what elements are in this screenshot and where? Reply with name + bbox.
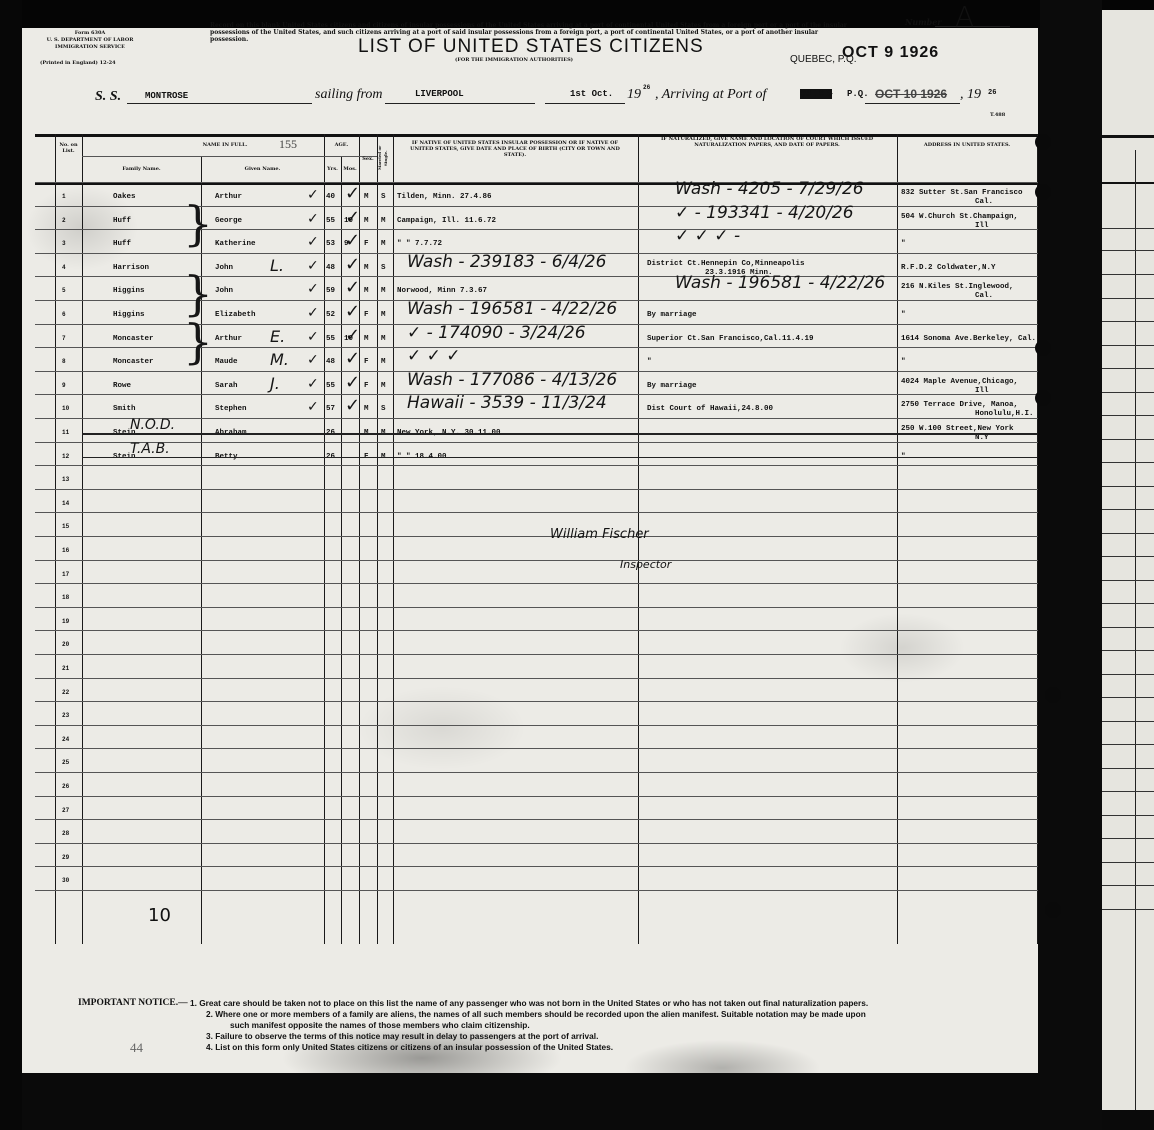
given-name: Maude — [215, 358, 238, 366]
document-subtitle: (FOR THE IMMIGRATION AUTHORITIES) — [455, 57, 573, 63]
family-name: Rowe — [113, 382, 131, 390]
age-years: 55 — [326, 382, 335, 390]
checkmark-icon: ✓ — [307, 187, 319, 203]
row-number: 4 — [62, 264, 66, 271]
punch-hole — [1045, 687, 1061, 703]
row-number: 1 — [62, 193, 66, 200]
sex: M — [364, 405, 369, 413]
given-name: Arthur — [215, 193, 242, 201]
notice-item-4: 4. List on this form only United States … — [206, 1042, 613, 1053]
given-name: John — [215, 287, 233, 295]
passenger-table: No. on List. NAME IN FULL. 155 Family Na… — [35, 134, 1038, 944]
header-sex: Sex. — [359, 156, 377, 162]
row-rule — [35, 489, 1038, 490]
checkmark-icon: ✓ — [345, 183, 360, 204]
family-note-handwritten: N.O.D. — [130, 417, 175, 433]
header-married-single: Married or Single. — [377, 138, 393, 178]
form-identifier: Form 630A U. S. DEPARTMENT OF LABOR IMMI… — [40, 30, 140, 51]
row-number: 10 — [62, 405, 69, 412]
marital-status: M — [381, 358, 386, 366]
row-number: 21 — [62, 665, 69, 672]
adjacent-row-rule — [1102, 368, 1154, 369]
given-name: George — [215, 217, 242, 225]
family-name: Moncaster — [113, 358, 154, 366]
sail-date-underline — [545, 103, 625, 104]
address-line-2: Cal. — [975, 198, 993, 206]
notice-item-3: 3. Failure to observe the terms of this … — [206, 1031, 598, 1042]
adjacent-row-rule — [1102, 509, 1154, 510]
column-rule — [324, 134, 325, 944]
adjacent-row-rule — [1102, 815, 1154, 816]
name-count: 155 — [279, 137, 297, 152]
row-number: 29 — [62, 854, 69, 861]
checkmark-icon: ✓ — [345, 348, 360, 369]
adjacent-row-rule — [1102, 627, 1154, 628]
sex: F — [364, 358, 369, 366]
row-rule — [35, 725, 1038, 726]
row-rule — [35, 560, 1038, 561]
header-age: AGE. — [324, 142, 359, 148]
strike-through-line — [82, 433, 1037, 435]
age-years: 48 — [326, 264, 335, 272]
row-number: 23 — [62, 712, 69, 719]
adjacent-page-column-rule — [1135, 150, 1136, 1110]
header-naturalization: IF NATURALIZED, GIVE NAME AND LOCATION O… — [647, 136, 887, 148]
row-number: 5 — [62, 287, 66, 294]
checkmark-icon: ✓ — [307, 305, 319, 321]
age-years: 53 — [326, 240, 335, 248]
naturalization-cert-handwritten: ✓ - 174090 - 3/24/26 — [407, 323, 586, 343]
address-line-1: 504 W.Church St.Champaign, — [901, 213, 1018, 221]
marital-status: M — [381, 382, 386, 390]
adjacent-row-rule — [1102, 321, 1154, 322]
row-number: 8 — [62, 358, 66, 365]
address-line-2: Honolulu,H.I. — [975, 410, 1034, 418]
adjacent-page-header-rule — [1102, 182, 1154, 184]
birth-info: Norwood, Minn 7.3.67 — [397, 287, 487, 295]
checkmark-icon: ✓ — [307, 399, 319, 415]
adjacent-row-rule — [1102, 603, 1154, 604]
year-prefix: 19 — [627, 87, 641, 103]
birth-info: " " 7.7.72 — [397, 240, 442, 248]
arrival-port-struck: QUEBEC — [800, 89, 832, 99]
given-name: Arthur — [215, 335, 242, 343]
adjacent-row-rule — [1102, 439, 1154, 440]
marital-status: S — [381, 193, 386, 201]
date-stamp: OCT 9 1926 — [842, 44, 939, 62]
family-name: Moncaster — [113, 335, 154, 343]
ss-label: S. S. — [95, 89, 121, 105]
given-name: John — [215, 264, 233, 272]
marital-status: M — [381, 311, 386, 319]
row-number: 17 — [62, 571, 69, 578]
age-months: 10 — [344, 217, 353, 225]
header-name-in-full: NAME IN FULL. — [155, 142, 295, 148]
naturalization-court: Dist Court of Hawaii,24.8.00 — [647, 405, 773, 413]
arrival-date-underline — [865, 103, 960, 104]
row-rule — [35, 748, 1038, 749]
sailing-from-label: sailing from — [315, 87, 383, 103]
printing-note: (Printed in England) 12-24 — [40, 60, 116, 66]
family-group-brace: } — [183, 328, 213, 375]
checkmark-icon: ✓ — [307, 258, 319, 274]
family-name: Huff — [113, 217, 131, 225]
strike-through-line — [82, 457, 1037, 459]
checkmark-icon: ✓ — [345, 372, 360, 393]
adjacent-page-header-rule — [1102, 135, 1154, 138]
family-name: Oakes — [113, 193, 136, 201]
row-rule — [35, 607, 1038, 608]
naturalization-court: By marriage — [647, 382, 697, 390]
checkmark-icon: ✓ — [307, 234, 319, 250]
given-name-initial-handwritten: L. — [270, 256, 284, 275]
row-number: 13 — [62, 476, 69, 483]
address-line-1: 2750 Terrace Drive, Manoa, — [901, 401, 1018, 409]
voyage-line: S. S. MONTROSE sailing from LIVERPOOL 1s… — [95, 79, 1045, 109]
address-line-1: 250 W.100 Street,New York — [901, 425, 1014, 433]
given-name-initial-handwritten: J. — [270, 374, 280, 393]
adjacent-row-rule — [1102, 909, 1154, 910]
header-birth-info: IF NATIVE OF UNITED STATES INSULAR POSSE… — [405, 140, 625, 158]
given-name-initial-handwritten: M. — [270, 350, 289, 369]
row-number: 25 — [62, 759, 69, 766]
department-name: U. S. DEPARTMENT OF LABOR — [40, 37, 140, 44]
adjacent-row-rule — [1102, 744, 1154, 745]
address-line-1: 1614 Sonoma Ave.Berkeley, Cal. — [901, 335, 1036, 343]
naturalization-court: District Ct.Hennepin Co,Minneapolis — [647, 260, 805, 268]
checkmark-icon: ✓ — [345, 277, 360, 298]
table-top-rule — [35, 134, 1038, 137]
row-number: 16 — [62, 547, 69, 554]
form-number: Form 630A — [40, 30, 140, 37]
adjacent-row-rule — [1102, 862, 1154, 863]
inspector-signature: William Fischer — [550, 527, 649, 542]
naturalization-court: " — [647, 358, 652, 366]
checkmark-icon: ✓ — [307, 211, 319, 227]
adjacent-row-rule — [1102, 838, 1154, 839]
adjacent-row-rule — [1102, 250, 1154, 251]
birth-info: Tilden, Minn. 27.4.86 — [397, 193, 492, 201]
naturalization-cert-handwritten: ✓ ✓ ✓ - — [675, 226, 740, 246]
checkmark-icon: ✓ — [345, 254, 360, 275]
departure-port: LIVERPOOL — [415, 89, 464, 99]
row-number: 15 — [62, 523, 69, 530]
row-rule — [35, 536, 1038, 537]
document-title: LIST OF UNITED STATES CITIZENS — [358, 36, 704, 58]
row-rule — [35, 678, 1038, 679]
checkmark-icon: ✓ — [307, 281, 319, 297]
family-name: Higgins — [113, 311, 145, 319]
age-years: 59 — [326, 287, 335, 295]
age-years: 57 — [326, 405, 335, 413]
address-line-2: Ill — [975, 222, 989, 230]
punch-hole — [1035, 134, 1051, 150]
age-years: 55 — [326, 217, 335, 225]
age-months: 10 — [344, 335, 353, 343]
address-line-1: 216 N.Kiles St.Inglewood, — [901, 283, 1014, 291]
adjacent-row-rule — [1102, 415, 1154, 416]
naturalization-cert-handwritten: Wash - 177086 - 4/13/26 — [407, 370, 617, 390]
age-years: 40 — [326, 193, 335, 201]
adjacent-row-rule — [1102, 697, 1154, 698]
header-line-no: No. on List. — [55, 142, 82, 154]
adjacent-row-rule — [1102, 392, 1154, 393]
naturalization-court: Superior Ct.San Francisco,Cal.11.4.19 — [647, 335, 814, 343]
naturalization-cert-handwritten: Wash - 196581 - 4/22/26 — [675, 273, 885, 293]
column-rule — [55, 134, 56, 944]
handstamp-code: T.488 — [990, 112, 1005, 118]
naturalization-cert-handwritten: ✓ - 193341 - 4/20/26 — [675, 203, 854, 223]
column-rule — [377, 134, 378, 944]
age-years: 52 — [326, 311, 335, 319]
row-rule — [35, 890, 1038, 891]
ship-name: MONTROSE — [145, 91, 188, 101]
row-rule — [35, 701, 1038, 702]
column-rule — [341, 156, 342, 944]
address-line-2: N.Y — [975, 434, 989, 442]
scan-gutter — [1040, 0, 1102, 1130]
adjacent-row-rule — [1102, 556, 1154, 557]
arriving-label: , Arriving at Port of — [655, 87, 766, 103]
header-family-name: Family Name. — [82, 166, 201, 172]
row-number: 19 — [62, 618, 69, 625]
sex: F — [364, 382, 369, 390]
adjacent-row-rule — [1102, 228, 1154, 229]
given-name-initial-handwritten: E. — [270, 327, 285, 346]
naturalization-cert-handwritten: Wash - 196581 - 4/22/26 — [407, 299, 617, 319]
row-rule — [35, 583, 1038, 584]
column-rule — [1037, 134, 1038, 944]
sail-date: 1st Oct. — [570, 89, 613, 99]
punch-hole — [1035, 390, 1051, 406]
sex: F — [364, 240, 369, 248]
ship-underline — [127, 103, 312, 104]
marital-status: S — [381, 405, 386, 413]
row-number: 9 — [62, 382, 66, 389]
marital-status: M — [381, 240, 386, 248]
given-name: Stephen — [215, 405, 247, 413]
column-rule — [393, 134, 394, 944]
row-rule — [35, 796, 1038, 797]
given-name: Sarah — [215, 382, 238, 390]
marital-status: M — [381, 217, 386, 225]
birth-info: Campaign, Ill. 11.6.72 — [397, 217, 496, 225]
checkmark-icon: ✓ — [307, 352, 319, 368]
adjacent-row-rule — [1102, 721, 1154, 722]
header-address: ADDRESS IN UNITED STATES. — [897, 142, 1037, 148]
adjacent-row-rule — [1102, 345, 1154, 346]
tally-mark: 10 — [148, 905, 171, 926]
family-note-handwritten: T.A.B. — [130, 441, 170, 457]
naturalization-court: By marriage — [647, 311, 697, 319]
address-line-2: Cal. — [975, 292, 993, 300]
age-months: 9 — [344, 240, 349, 248]
address-line-1: 832 Sutter St.San Francisco — [901, 189, 1023, 197]
sex: M — [364, 217, 369, 225]
marital-status: M — [381, 287, 386, 295]
address-line-1: " — [901, 311, 906, 319]
row-rule — [35, 512, 1038, 513]
row-rule — [35, 182, 1038, 183]
header-given-name: Given Name. — [201, 166, 324, 172]
naturalization-cert-handwritten: Hawaii - 3539 - 11/3/24 — [407, 393, 607, 413]
family-name: Huff — [113, 240, 131, 248]
row-number: 2 — [62, 217, 66, 224]
address-line-1: " — [901, 358, 906, 366]
row-rule — [35, 843, 1038, 844]
page-number: 44 — [130, 1040, 143, 1056]
adjacent-row-rule — [1102, 533, 1154, 534]
sex: M — [364, 287, 369, 295]
notice-heading: IMPORTANT NOTICE.— — [78, 998, 188, 1009]
adjacent-row-rule — [1102, 486, 1154, 487]
adjacent-row-rule — [1102, 791, 1154, 792]
family-name: Harrison — [113, 264, 149, 272]
given-name: Katherine — [215, 240, 256, 248]
column-rule — [82, 134, 83, 944]
sex: M — [364, 335, 369, 343]
checkmark-icon: ✓ — [307, 329, 319, 345]
row-number: 18 — [62, 594, 69, 601]
row-number: 22 — [62, 689, 69, 696]
sex: M — [364, 264, 369, 272]
inspector-title: Inspector — [620, 558, 671, 571]
arrival-port-suffix: P.Q. — [847, 89, 869, 99]
row-rule — [35, 772, 1038, 773]
adjacent-row-rule — [1102, 298, 1154, 299]
marital-status: S — [381, 264, 386, 272]
row-rule — [35, 630, 1038, 631]
row-rule — [35, 418, 1038, 419]
row-number: 11 — [62, 429, 69, 436]
adjacent-row-rule — [1102, 462, 1154, 463]
header-age-years: Yrs. — [324, 166, 341, 172]
address-line-1: R.F.D.2 Coldwater,N.Y — [901, 264, 996, 272]
row-number: 7 — [62, 335, 66, 342]
sex: F — [364, 311, 369, 319]
row-rule — [35, 866, 1038, 867]
notice-item-2-cont: such manifest opposite the names of thos… — [230, 1020, 530, 1031]
family-name: Higgins — [113, 287, 145, 295]
row-number: 28 — [62, 830, 69, 837]
marital-status: M — [381, 335, 386, 343]
punch-hole — [1045, 902, 1061, 918]
adjacent-page-edge — [1102, 10, 1154, 1110]
list-number: A — [955, 0, 974, 33]
checkmark-icon: ✓ — [345, 301, 360, 322]
arrival-year: 26 — [988, 89, 996, 97]
adjacent-row-rule — [1102, 650, 1154, 651]
family-name: Smith — [113, 405, 136, 413]
service-name: IMMIGRATION SERVICE — [40, 44, 140, 51]
sex: M — [364, 193, 369, 201]
row-number: 14 — [62, 500, 69, 507]
given-name: Elizabeth — [215, 311, 256, 319]
row-number: 26 — [62, 783, 69, 790]
family-group-brace: } — [183, 210, 213, 257]
sailing-from-underline — [385, 103, 535, 104]
arrival-year-prefix: , 19 — [960, 87, 981, 103]
punch-hole — [1035, 184, 1051, 200]
row-rule — [35, 442, 1038, 443]
row-rule — [35, 654, 1038, 655]
age-years: 55 — [326, 335, 335, 343]
naturalization-cert-handwritten: Wash - 239183 - 6/4/26 — [407, 252, 606, 272]
age-years: 48 — [326, 358, 335, 366]
adjacent-row-rule — [1102, 768, 1154, 769]
address-line-2: Ill — [975, 387, 989, 395]
row-number: 12 — [62, 453, 69, 460]
adjacent-row-rule — [1102, 885, 1154, 886]
naturalization-cert-handwritten: Wash - 4205 - 7/29/26 — [675, 179, 864, 199]
checkmark-icon: ✓ — [307, 376, 319, 392]
address-line-1: 4024 Maple Avenue,Chicago, — [901, 378, 1018, 386]
column-rule — [897, 134, 898, 944]
scan-border-left — [0, 0, 22, 1130]
notice-item-1: 1. Great care should be taken not to pla… — [190, 998, 868, 1009]
row-number: 30 — [62, 877, 69, 884]
row-rule — [35, 465, 1038, 466]
row-number: 3 — [62, 240, 66, 247]
sail-year: 26 — [643, 84, 650, 91]
naturalization-cert-handwritten: ✓ ✓ ✓ — [407, 346, 461, 366]
arrival-date-struck: OCT 10 1926 — [875, 87, 947, 101]
header-age-months: Mos. — [341, 166, 359, 172]
punch-hole — [1035, 340, 1051, 356]
adjacent-row-rule — [1102, 674, 1154, 675]
row-number: 20 — [62, 641, 69, 648]
address-line-1: " — [901, 240, 906, 248]
row-number: 6 — [62, 311, 66, 318]
header-subrule — [82, 156, 377, 157]
notice-item-2: 2. Where one or more members of a family… — [206, 1009, 866, 1020]
row-rule — [35, 819, 1038, 820]
row-number: 24 — [62, 736, 69, 743]
row-number: 27 — [62, 807, 69, 814]
adjacent-row-rule — [1102, 580, 1154, 581]
adjacent-row-rule — [1102, 274, 1154, 275]
checkmark-icon: ✓ — [345, 395, 360, 416]
